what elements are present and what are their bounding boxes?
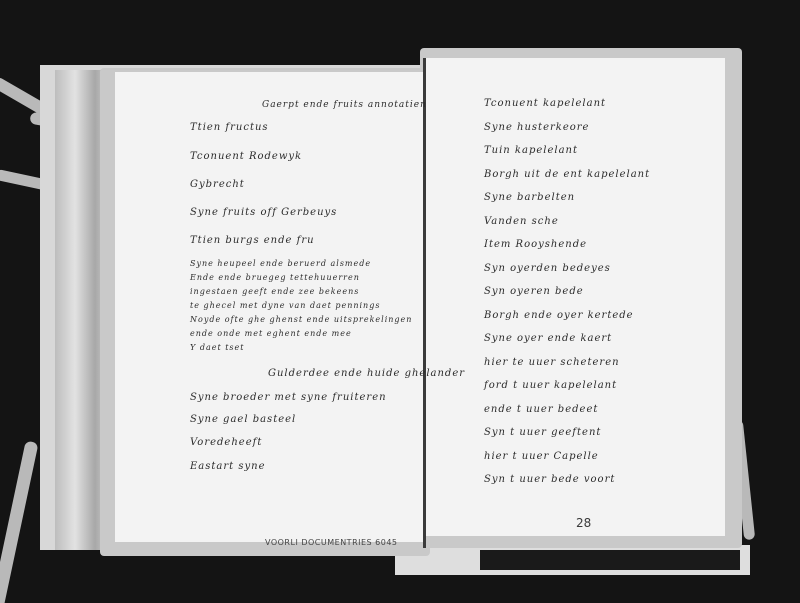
left-entry: Syne gael basteel [190, 414, 296, 425]
left-entry: Noyde ofte ghe ghenst ende uitsprekeling… [190, 315, 412, 324]
dark-shadow-bottom [480, 550, 740, 570]
right-entry: Syne husterkeore [484, 122, 589, 133]
right-entry: Syn oyeren bede [484, 286, 584, 297]
right-entry: Syne oyer ende kaert [484, 333, 612, 344]
left-heading: Gaerpt ende fruits annotatien [262, 100, 427, 110]
cloth-tie-bottom [0, 441, 39, 603]
left-entry: Gulderdee ende huide ghelander [268, 368, 465, 379]
left-entry: Syne fruits off Gerbeuys [190, 207, 337, 218]
left-entry: Ende ende bruegeg tettehuuerren [190, 273, 360, 282]
left-entry: Tconuent Rodewyk [190, 151, 302, 162]
spine-label: VOORLI DOCUMENTRIES 6045 [265, 538, 398, 547]
gutter [423, 58, 426, 548]
right-entry: Borgh uit de ent kapelelant [484, 169, 650, 180]
left-entry: ende onde met eghent ende mee [190, 329, 352, 338]
right-entry: Syn t uuer geeftent [484, 427, 601, 438]
right-entry: Item Rooyshende [484, 239, 587, 250]
left-entry: Ttien fructus [190, 122, 269, 133]
right-entry: Vanden sche [484, 216, 559, 227]
right-entry: ende t uuer bedeet [484, 404, 598, 415]
right-entry: ford t uuer kapelelant [484, 380, 617, 391]
left-entry: Gybrecht [190, 179, 245, 190]
right-entry: Syn t uuer bede voort [484, 474, 615, 485]
right-entry: hier t uuer Capelle [484, 451, 599, 462]
left-entry: Voredeheeft [190, 437, 262, 448]
right-entry: hier te uuer scheteren [484, 357, 620, 368]
right-entry: Borgh ende oyer kertede [484, 310, 634, 321]
left-entry: Syne heupeel ende beruerd alsmede [190, 259, 371, 268]
left-entry: Eastart syne [190, 461, 266, 472]
left-entry: te ghecel met dyne van daet pennings [190, 301, 380, 310]
page-number: 28 [576, 516, 591, 530]
left-entry: Syne broeder met syne fruiteren [190, 392, 387, 403]
left-entry: ingestaen geeft ende zee bekeens [190, 287, 359, 296]
left-entry: Ttien burgs ende fru [190, 235, 315, 246]
right-entry: Syne barbelten [484, 192, 575, 203]
right-entry: Tuin kapelelant [484, 145, 578, 156]
left-entry: Y daet tset [190, 343, 244, 352]
right-entry: Syn oyerden bedeyes [484, 263, 611, 274]
right-entry: Tconuent kapelelant [484, 98, 606, 109]
